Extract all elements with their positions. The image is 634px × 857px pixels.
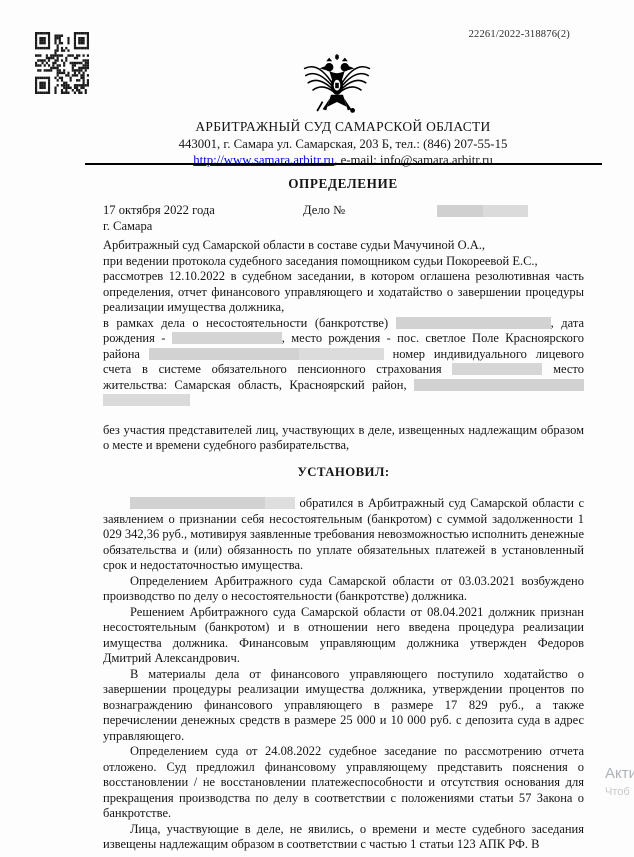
case-number-stamp: 22261/2022-318876(2) <box>469 29 570 40</box>
paragraph: В материалы дела от финансового управляю… <box>103 667 584 745</box>
paragraph: без участия представителей лиц, участвую… <box>103 423 584 454</box>
redaction-box <box>437 205 483 217</box>
document-date: 17 октября 2022 года <box>103 203 215 218</box>
redaction-box <box>265 497 295 509</box>
paragraph: обратился в Арбитражный суд Самарской об… <box>103 496 584 574</box>
document-body: Арбитражный суд Самарской области в сост… <box>103 238 584 853</box>
case-number-label: Дело № <box>303 203 345 218</box>
watermark-line-2: Чтоб <box>605 786 630 798</box>
resolution-heading: УСТАНОВИЛ: <box>103 465 584 481</box>
case-number-redaction <box>437 205 528 217</box>
paragraph: Арбитражный суд Самарской области в сост… <box>103 238 584 409</box>
court-document-page: 22261/2022-318876(2) <box>0 0 634 857</box>
paragraph: Лица, участвующие в деле, не явились, о … <box>103 822 584 853</box>
redaction-box <box>149 348 299 360</box>
redaction-box <box>483 205 528 217</box>
redaction-box <box>299 348 384 360</box>
redaction-box <box>452 363 542 375</box>
redaction-box <box>396 317 551 329</box>
watermark-line-1: Акти <box>605 765 634 782</box>
redaction-box <box>103 394 190 406</box>
header-divider <box>85 163 602 165</box>
coat-of-arms-icon <box>301 54 373 120</box>
document-title: ОПРЕДЕЛЕНИЕ <box>103 176 583 192</box>
intro-section: Арбитражный суд Самарской области в сост… <box>103 238 584 454</box>
paragraph: Решением Арбитражного суда Самарской обл… <box>103 605 584 667</box>
facts-section: обратился в Арбитражный суд Самарской об… <box>103 496 584 853</box>
paragraph: Определением суда от 24.08.2022 судебное… <box>103 744 584 822</box>
court-name: АРБИТРАЖНЫЙ СУД САМАРСКОЙ ОБЛАСТИ <box>103 119 583 135</box>
court-contacts: http://www.samara.arbitr.ru, e-mail: inf… <box>103 153 583 168</box>
redaction-box <box>414 379 584 391</box>
paragraph: Определением Арбитражного суда Самарской… <box>103 574 584 605</box>
redaction-box <box>172 332 282 344</box>
redaction-box <box>130 497 265 509</box>
document-city: г. Самара <box>103 219 152 234</box>
court-address: 443001, г. Самара ул. Самарская, 203 Б, … <box>103 137 583 152</box>
qr-code-icon <box>35 32 89 94</box>
